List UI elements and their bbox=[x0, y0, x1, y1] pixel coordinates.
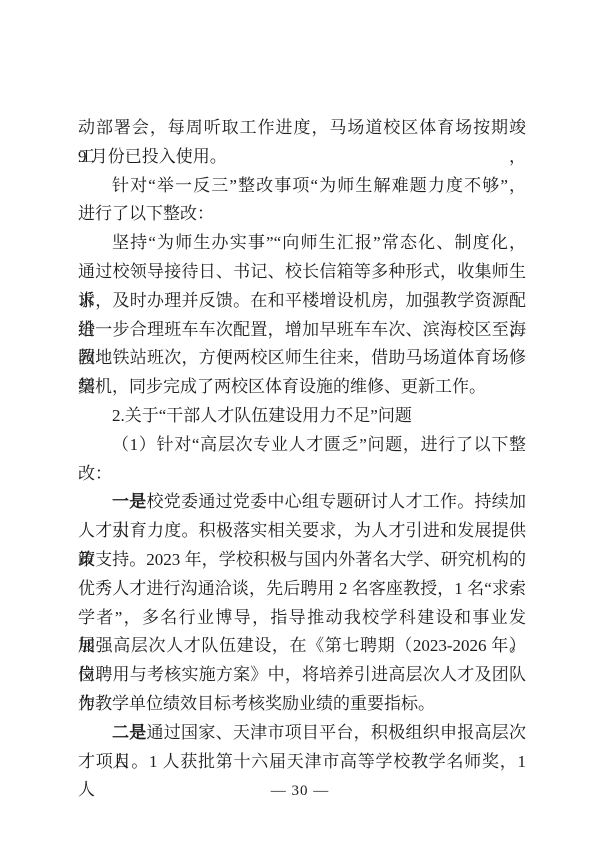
text-line: 针对“举一反三”整改事项“为师生解难题力度不够”， bbox=[78, 172, 526, 201]
bold-run: 二是 bbox=[112, 723, 147, 742]
text-line: 人才引育力度。积极落实相关要求，为人才引进和发展提供政 bbox=[78, 517, 526, 546]
bold-run: 一是 bbox=[112, 492, 147, 511]
text-line: 进一步合理班车车次配置，增加早班车车次、滨海校区至海教 bbox=[78, 316, 526, 345]
text-line: 2.关于“干部人才队伍建设用力不足”问题 bbox=[78, 402, 526, 431]
text-line: 学者”，多名行业博导，指导推动我校学科建设和事业发展。 bbox=[78, 604, 526, 633]
text-line: 通过校领导接待日、书记、校长信箱等多种形式，收集师生诉 bbox=[78, 258, 526, 287]
text-line: 才项目。1 人获批第十六届天津市高等学校教学名师奖，1 人 bbox=[78, 748, 526, 777]
text-line: 求，及时办理并反馈。在和平楼增设机房，加强教学资源配给； bbox=[78, 287, 526, 316]
text-line: （1）针对“高层次专业人才匮乏”问题，进行了以下整 bbox=[78, 431, 526, 460]
text-line: 进行了以下整改： bbox=[78, 200, 526, 229]
text-line: 坚持“为师生办实事”“向师生汇报”常态化、制度化， bbox=[78, 229, 526, 258]
text-line: 动部署会，每周听取工作进度，马场道校区体育场按期竣工， bbox=[78, 114, 526, 143]
text-line: 优秀人才进行沟通洽谈，先后聘用 2 名客座教授，1 名“求索 bbox=[78, 575, 526, 604]
text-line: 改： bbox=[78, 460, 526, 489]
document-body: 动部署会，每周听取工作进度，马场道校区体育场按期竣工，9 月份已投入使用。针对“… bbox=[78, 114, 526, 776]
text-line: 二是通过国家、天津市项目平台，积极组织申报高层次人 bbox=[78, 719, 526, 748]
document-page: 动部署会，每周听取工作进度，马场道校区体育场按期竣工，9 月份已投入使用。针对“… bbox=[0, 0, 600, 848]
text-line: 策支持。2023 年，学校积极与国内外著名大学、研究机构的 bbox=[78, 546, 526, 575]
text-line: 一是校党委通过党委中心组专题研讨人才工作。持续加大 bbox=[78, 488, 526, 517]
text-line: 为教学单位绩效目标考核奖励业绩的重要指标。 bbox=[78, 690, 526, 719]
text-line: 园地铁站班次，方便两校区师生往来，借助马场道体育场修缮 bbox=[78, 344, 526, 373]
text-line: 契机，同步完成了两校区体育设施的维修、更新工作。 bbox=[78, 373, 526, 402]
page-number: — 30 — bbox=[0, 783, 600, 800]
text-line: 加强高层次人才队伍建设，在《第七聘期（2023-2026 年）岗 bbox=[78, 632, 526, 661]
text-line: 位聘用与考核实施方案》中，将培养引进高层次人才及团队作 bbox=[78, 661, 526, 690]
